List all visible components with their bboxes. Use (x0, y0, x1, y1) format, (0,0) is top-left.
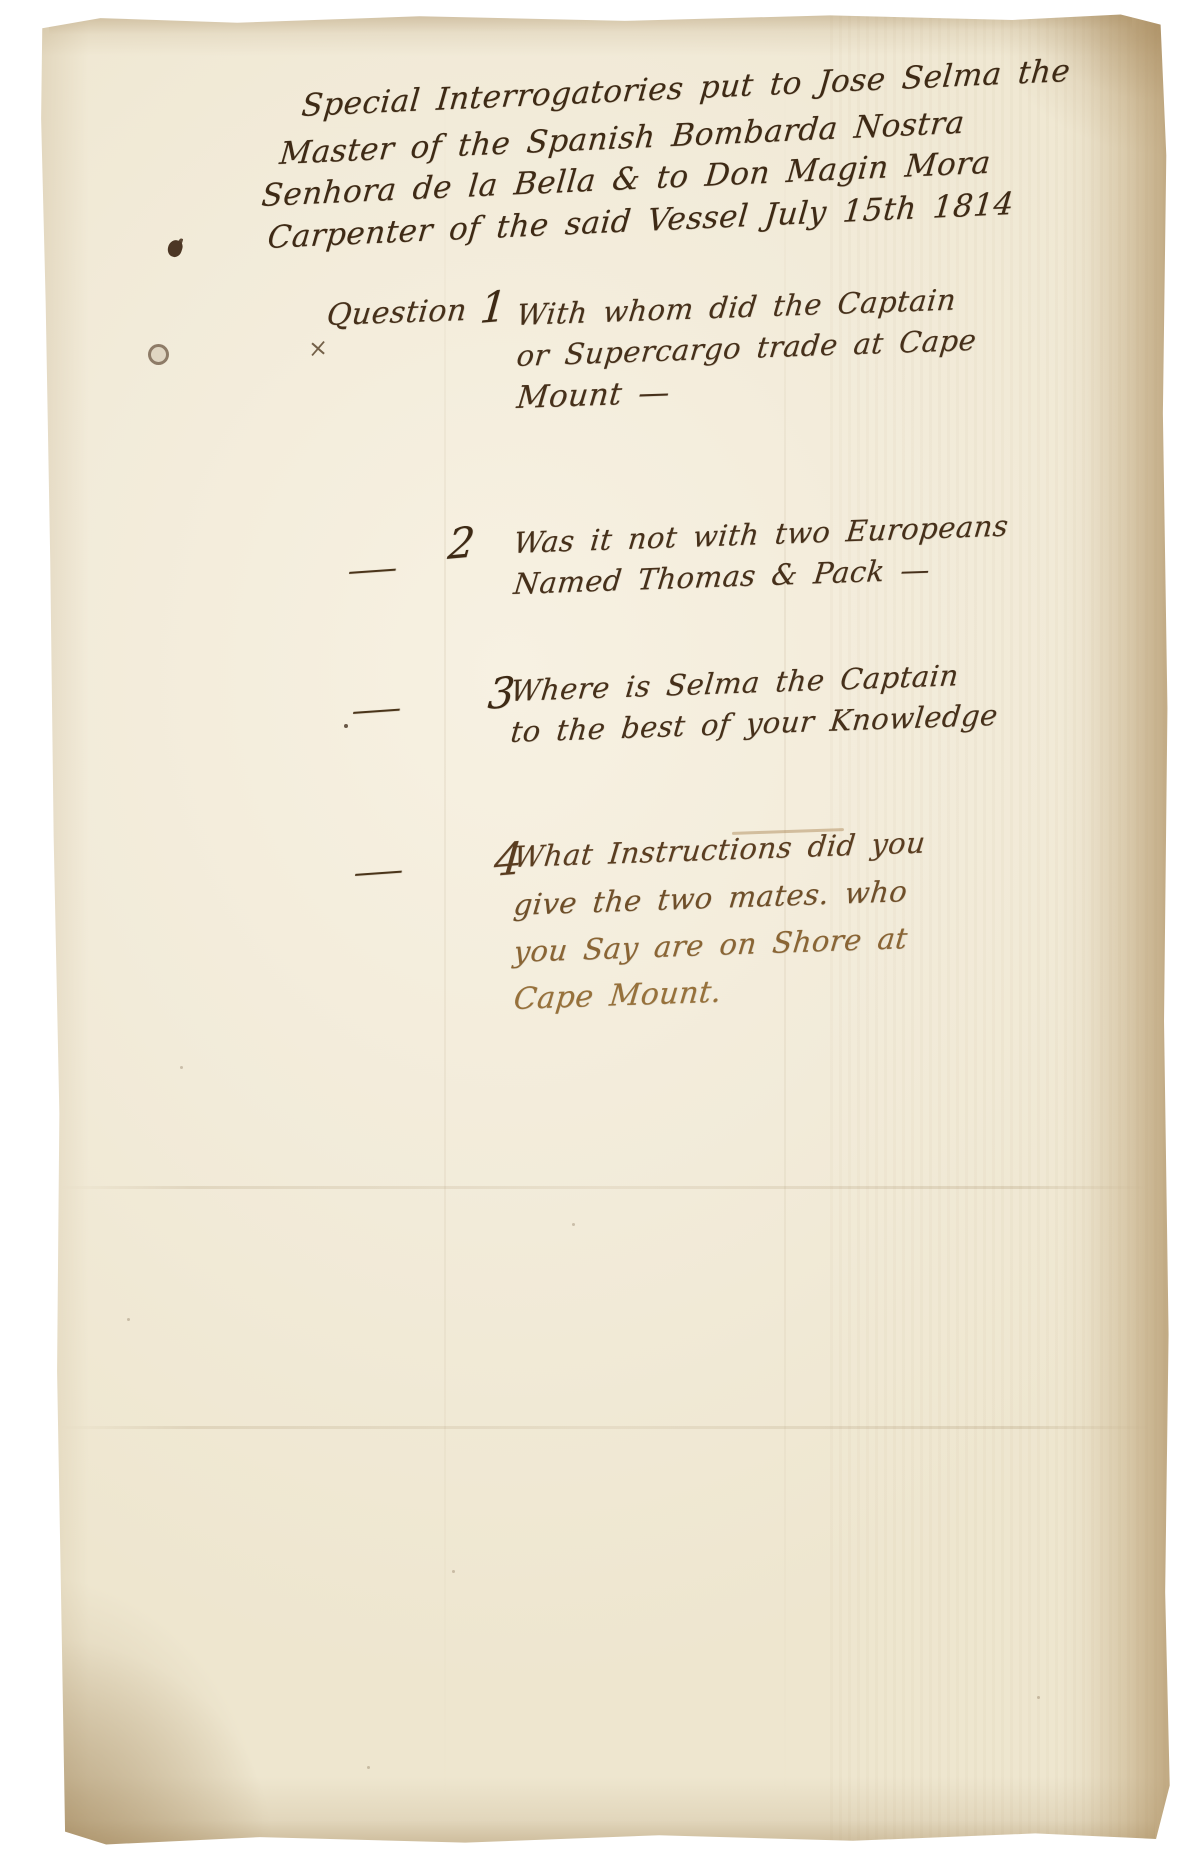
question-3-dash: — (350, 690, 404, 729)
question-2-dash: — (346, 550, 400, 589)
fold-crease-vertical-1 (444, 68, 446, 1808)
paper-speck (127, 1318, 130, 1321)
question-1-number: 1 (478, 281, 509, 333)
fold-crease-horizontal-2 (60, 1426, 1152, 1429)
paper-corner-toning-bottom-left (32, 1580, 262, 1850)
question-4-dash: — (352, 852, 406, 891)
manuscript-paper: × Special Interrogatories put to Jose Se… (32, 8, 1172, 1850)
ink-blot (166, 238, 185, 258)
question-4-line-4: Cape Mount. (512, 975, 723, 1017)
question-1-label: Question (325, 293, 469, 333)
question-1-line-3: Mount — (515, 375, 672, 416)
question-2-number: 2 (446, 517, 477, 569)
paper-speck (452, 1570, 455, 1573)
ink-speck-under-dash (344, 724, 348, 728)
paper-speck (1037, 1696, 1040, 1699)
fold-crease-horizontal-1 (60, 1186, 1148, 1189)
scan-background: { "page": { "background_color": "#ffffff… (0, 0, 1200, 1864)
paper-speck (572, 1223, 575, 1226)
paper-speck (180, 1066, 183, 1069)
pen-check-mark: × (308, 332, 328, 363)
ink-ring-stain (148, 344, 169, 365)
paper-speck (367, 1766, 370, 1769)
